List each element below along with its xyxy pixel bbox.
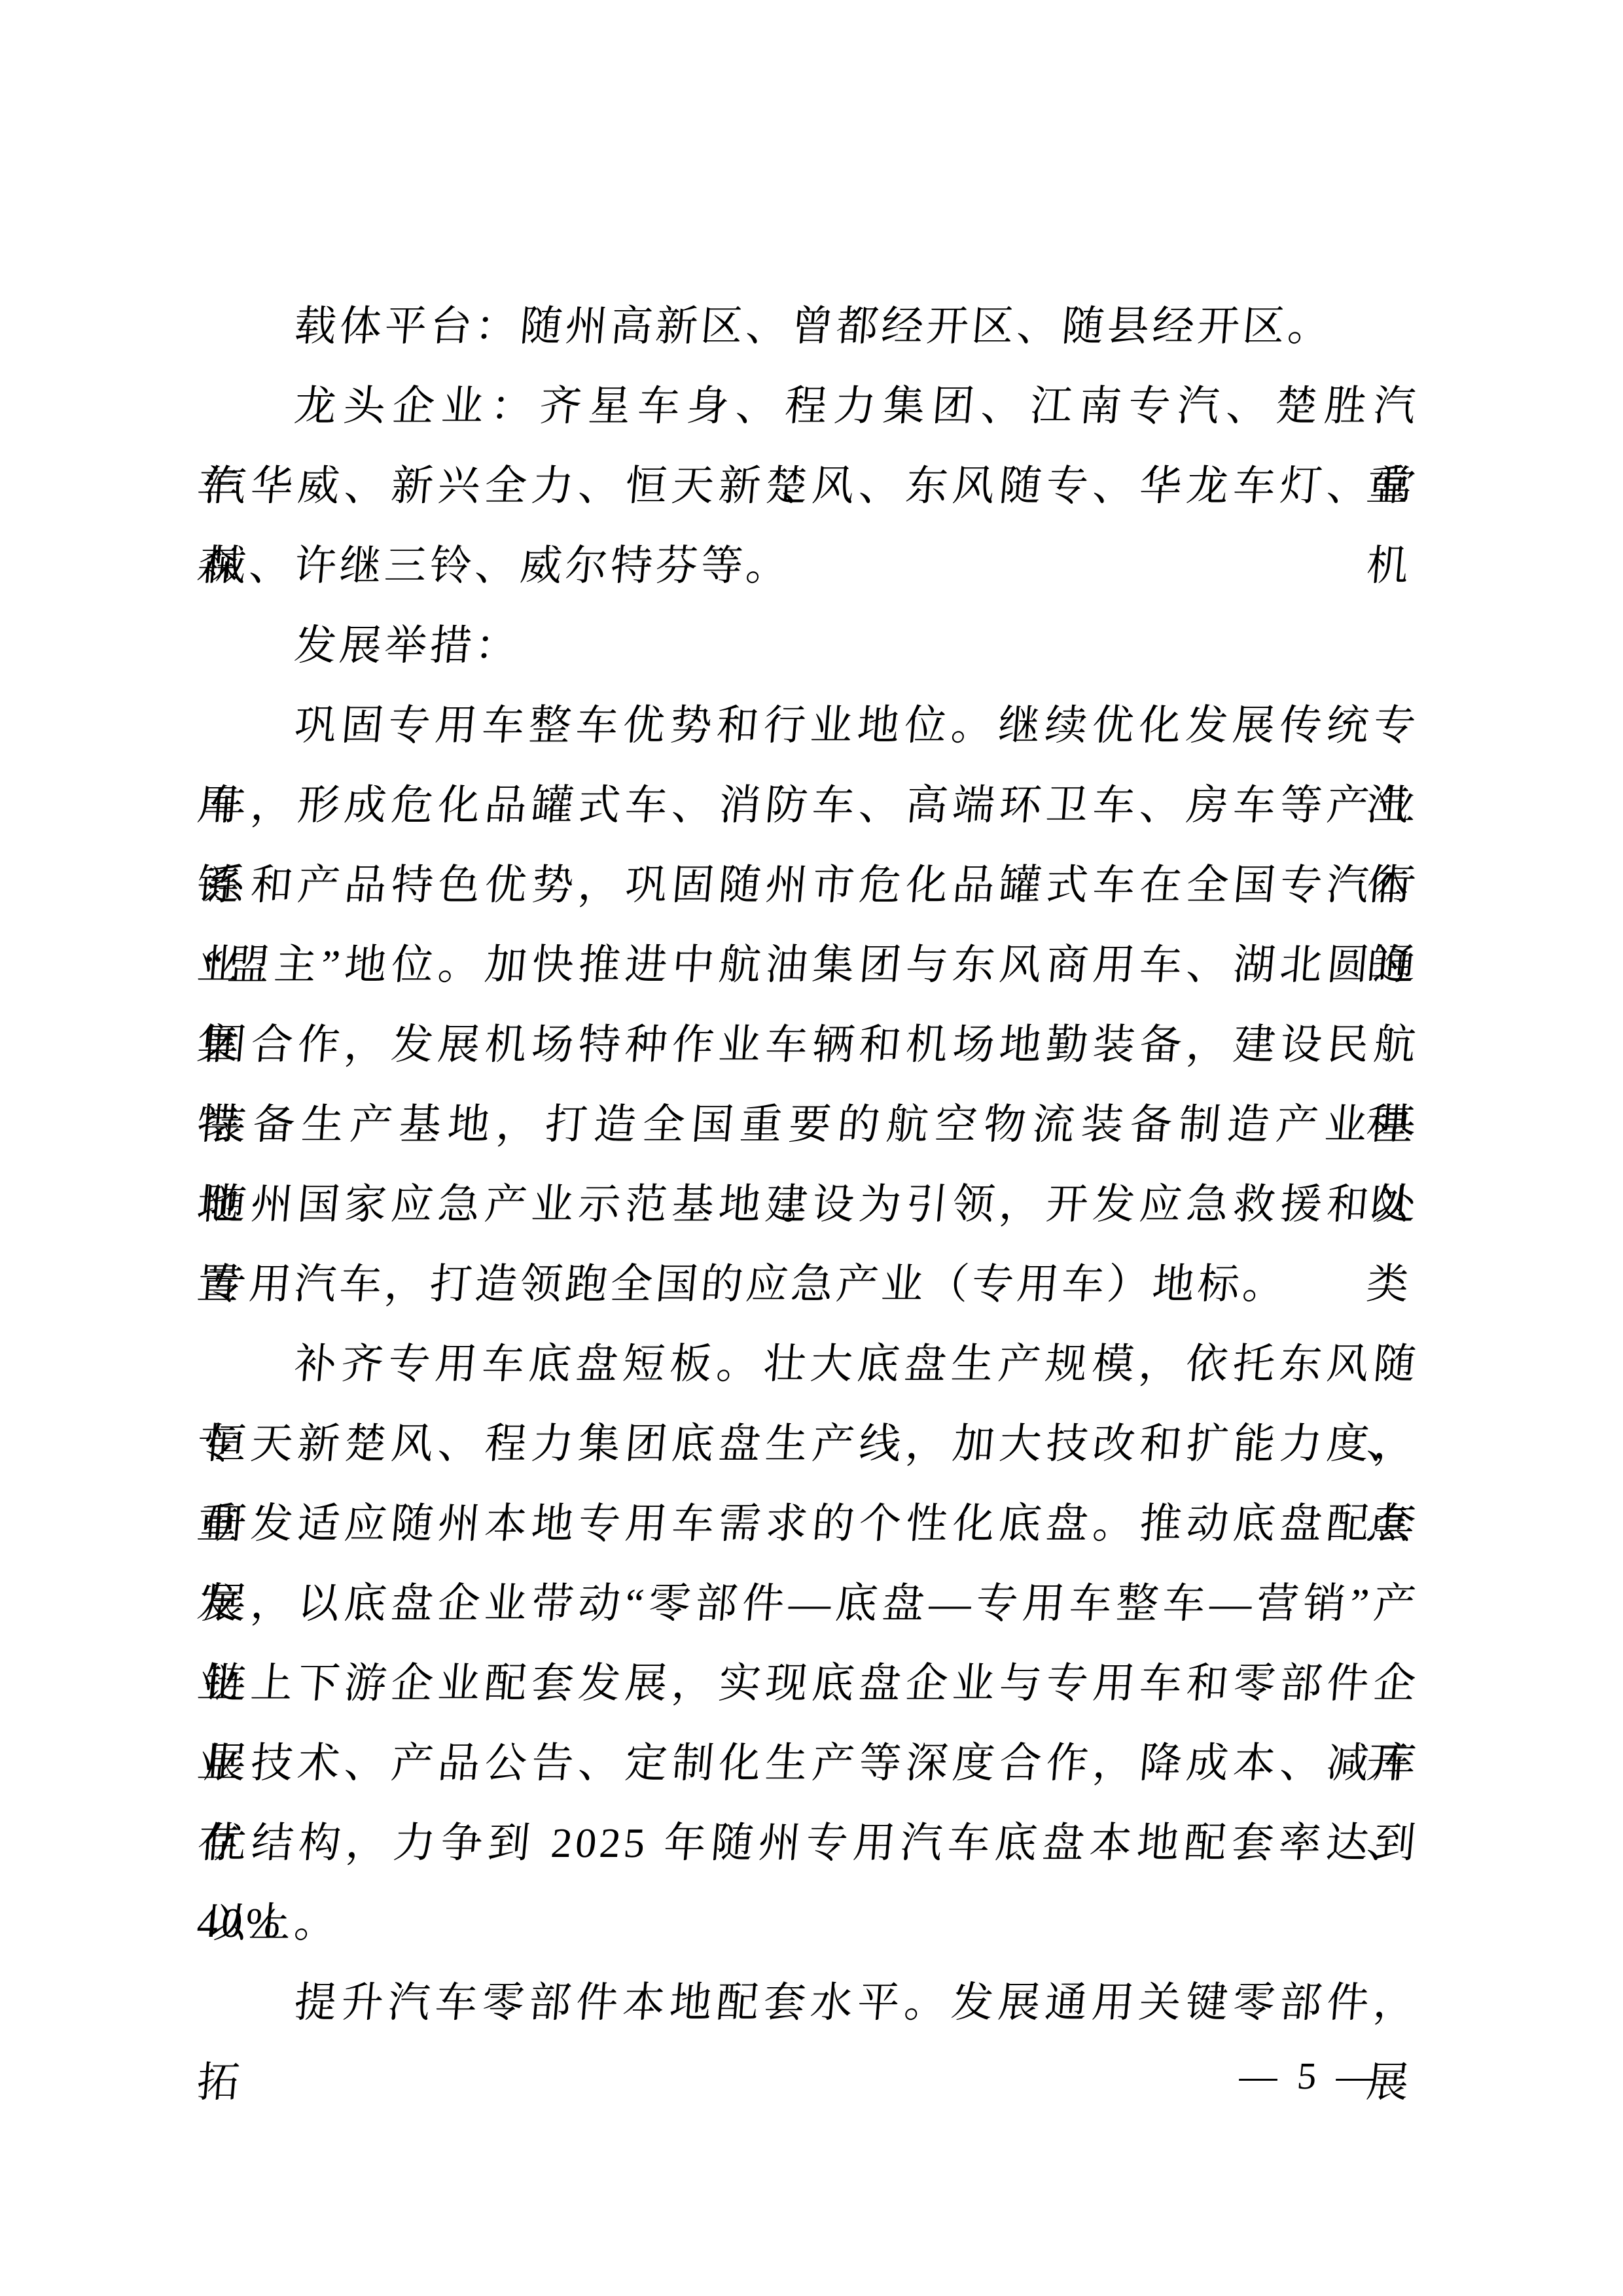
paragraph: 提升汽车零部件本地配套水平。发展通用关键零部件，拓展	[204, 1963, 1419, 2043]
paragraph: 巩固专用车整车优势和行业地位。继续优化发展传统专用汽车，形成危化品罐式车、消防车…	[204, 686, 1419, 1324]
text-line: 车，形成危化品罐式车、消防车、高端环卫车、房车等产业链体	[201, 766, 1423, 845]
text-line: 载体平台：随州高新区、曾都经开区、随县经开区。	[201, 287, 1423, 366]
text-line: 械、许继三铃、威尔特芬等。	[201, 526, 1423, 606]
text-line: 恒天新楚风、程力集团底盘生产线，加大技改和扩能力度，重点	[201, 1404, 1423, 1484]
page-number: — 5 —	[1237, 2047, 1382, 2106]
paragraphs: 载体平台：随州高新区、曾都经开区、随县经开区。龙头企业：齐星车身、程力集团、江南…	[204, 287, 1419, 2043]
text-line: 发展举措：	[201, 606, 1423, 686]
text-line: 随州国家应急产业示范基地建设为引领，开发应急救援和处置类	[201, 1165, 1423, 1245]
text-line: 以上。	[201, 1883, 1423, 1963]
text-line: 龙头企业：齐星车身、程力集团、江南专汽、楚胜汽车、重	[201, 366, 1423, 446]
text-line: “盟主”地位。加快推进中航油集团与东风商用车、湖北圆通集	[201, 925, 1423, 1005]
text-line: 专用汽车，打造领跑全国的应急产业（专用车）地标。	[201, 1245, 1423, 1324]
text-line: 巩固专用车整车优势和行业地位。继续优化发展传统专用汽	[201, 686, 1423, 766]
text-line: 提升汽车零部件本地配套水平。发展通用关键零部件，拓展	[201, 1963, 1423, 2043]
text-line: 团合作，发展机场特种作业车辆和机场地勤装备，建设民航特种	[201, 1005, 1423, 1085]
text-line: 链上下游企业配套发展，实现底盘企业与专用车和零部件企业开	[201, 1644, 1423, 1723]
text-line: 汽华威、新兴全力、恒天新楚风、东风随专、华龙车灯、常森机	[201, 446, 1423, 526]
text-line: 系和产品特色优势，巩固随州市危化品罐式车在全国专汽行业的	[201, 845, 1423, 925]
paragraph: 发展举措：	[204, 606, 1419, 686]
document-page: 载体平台：随州高新区、曾都经开区、随县经开区。龙头企业：齐星车身、程力集团、江南…	[0, 0, 1623, 2296]
text-line: 研发适应随州本地专用车需求的个性化底盘。推动底盘配套发	[201, 1484, 1423, 1564]
text-line: 展，以底盘企业带动“零部件—底盘—专用车整车—营销”产业	[201, 1564, 1423, 1644]
paragraph: 载体平台：随州高新区、曾都经开区、随县经开区。	[204, 287, 1419, 366]
text-line: 装备生产基地，打造全国重要的航空物流装备制造产业基地。以	[201, 1085, 1423, 1165]
text-line: 优结构，力争到 2025 年随州专用汽车底盘本地配套率达到 40%	[201, 1803, 1423, 1883]
text-line: 补齐专用车底盘短板。壮大底盘生产规模，依托东风随专、	[201, 1324, 1423, 1404]
paragraph: 补齐专用车底盘短板。壮大底盘生产规模，依托东风随专、恒天新楚风、程力集团底盘生产…	[204, 1324, 1419, 1963]
text-line: 展技术、产品公告、定制化生产等深度合作，降成本、减库存、	[201, 1723, 1423, 1803]
paragraph: 龙头企业：齐星车身、程力集团、江南专汽、楚胜汽车、重汽华威、新兴全力、恒天新楚风…	[204, 366, 1419, 606]
